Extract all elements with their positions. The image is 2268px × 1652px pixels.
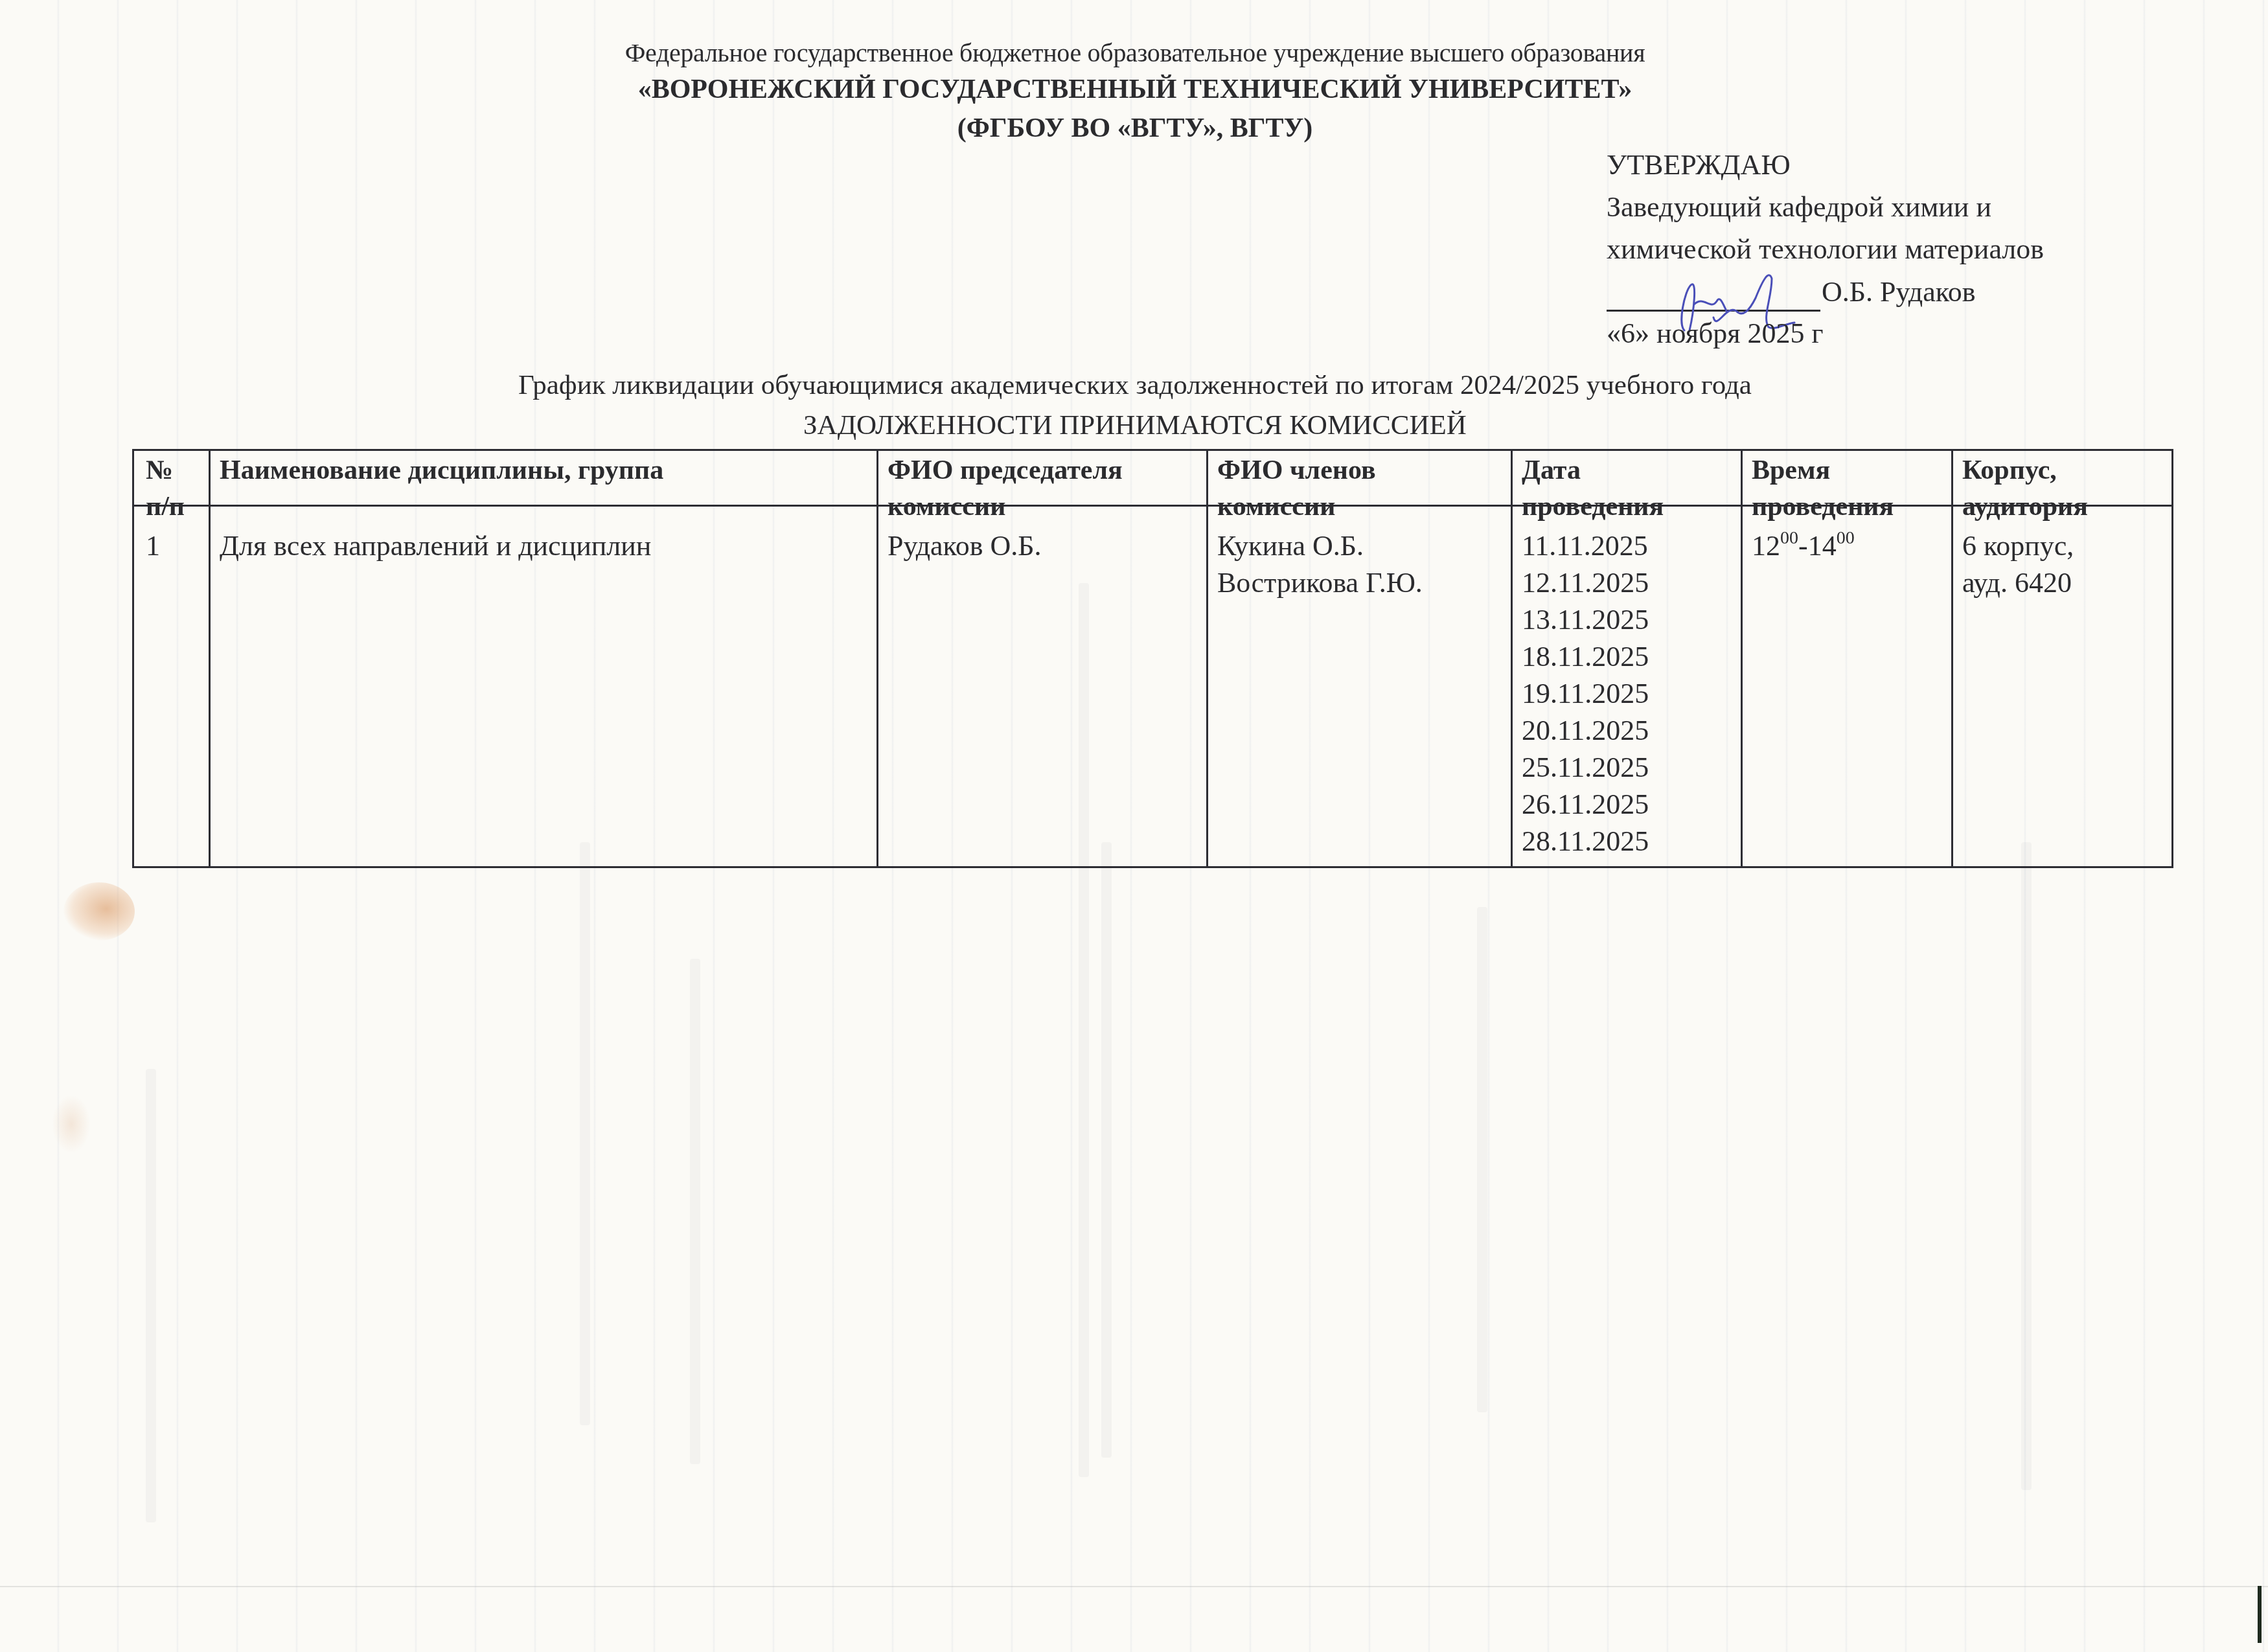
approval-signatory: О.Б. Рудаков	[1822, 271, 1976, 313]
date-item: 18.11.2025	[1522, 638, 1649, 675]
column-header-line: комиссии	[888, 488, 1123, 525]
column-header-discipline: Наименование дисциплины, группа	[220, 452, 663, 488]
schedule-table: № п/п Наименование дисциплины, группа ФИ…	[132, 449, 2173, 868]
bleed-through-mark	[2021, 842, 2032, 1490]
date-item: 20.11.2025	[1522, 712, 1649, 749]
column-divider	[1951, 451, 1953, 866]
column-header-line: Наименование дисциплины, группа	[220, 452, 663, 488]
location-room: ауд. 6420	[1962, 564, 2074, 601]
approval-position-line1: Заведующий кафедрой химии и	[1607, 186, 1991, 228]
scan-edge-strip	[2258, 1586, 2262, 1643]
column-divider	[1511, 451, 1513, 866]
column-header-line: п/п	[146, 488, 185, 525]
document-title: График ликвидации обучающимися академиче…	[518, 369, 1752, 401]
university-name: «ВОРОНЕЖСКИЙ ГОСУДАРСТВЕННЫЙ ТЕХНИЧЕСКИЙ…	[638, 74, 1632, 105]
location-building: 6 корпус,	[1962, 527, 2074, 564]
row-time: 1200-1400	[1752, 527, 1855, 568]
column-header-date: Дата проведения	[1522, 452, 1664, 525]
date-item: 28.11.2025	[1522, 823, 1649, 860]
member-name: Кукина О.Б.	[1217, 527, 1423, 564]
column-header-location: Корпус, аудитория	[1962, 452, 2088, 525]
time-start-hour: 12	[1752, 530, 1780, 562]
row-location: 6 корпус, ауд. 6420	[1962, 527, 2074, 601]
column-header-line: проведения	[1752, 488, 1894, 525]
scan-edge-line	[0, 1586, 2268, 1587]
date-item: 19.11.2025	[1522, 675, 1649, 712]
column-header-line: комиссии	[1217, 488, 1376, 525]
column-header-line: №	[146, 452, 185, 488]
row-members: Кукина О.Б. Вострикова Г.Ю.	[1217, 527, 1423, 601]
row-number: 1	[146, 527, 160, 564]
column-header-members: ФИО членов комиссии	[1217, 452, 1376, 525]
column-header-number: № п/п	[146, 452, 185, 525]
member-name: Вострикова Г.Ю.	[1217, 564, 1423, 601]
column-divider	[1206, 451, 1208, 866]
bleed-through-mark	[1101, 842, 1112, 1458]
approval-date: «6» ноября 2025 г	[1607, 312, 1824, 354]
bleed-through-mark	[1477, 907, 1487, 1412]
bleed-through-mark	[690, 959, 700, 1464]
date-item: 13.11.2025	[1522, 601, 1649, 638]
column-header-line: аудитория	[1962, 488, 2088, 525]
time-end-minutes: 00	[1837, 528, 1855, 548]
organization-line: Федеральное государственное бюджетное об…	[625, 38, 1645, 68]
column-header-line: ФИО членов	[1217, 452, 1376, 488]
column-header-line: Дата	[1522, 452, 1664, 488]
column-header-chair: ФИО председателя комиссии	[888, 452, 1123, 525]
column-header-line: проведения	[1522, 488, 1664, 525]
approval-position-line2: химической технологии материалов	[1607, 228, 2044, 270]
paper-stain	[63, 882, 135, 941]
bleed-through-mark	[580, 842, 590, 1425]
time-separator: -	[1798, 530, 1808, 562]
date-item: 26.11.2025	[1522, 786, 1649, 823]
date-item: 12.11.2025	[1522, 564, 1649, 601]
row-chair: Рудаков О.Б.	[888, 527, 1042, 564]
approval-heading: УТВЕРЖДАЮ	[1607, 144, 1791, 186]
column-header-line: ФИО председателя	[888, 452, 1123, 488]
time-start-minutes: 00	[1780, 528, 1798, 548]
column-divider	[209, 451, 211, 866]
bleed-through-mark	[146, 1069, 156, 1522]
row-discipline: Для всех направлений и дисциплин	[220, 527, 651, 564]
university-abbreviation: (ФГБОУ ВО «ВГТУ», ВГТУ)	[957, 113, 1313, 144]
column-header-time: Время проведения	[1752, 452, 1894, 525]
column-divider	[876, 451, 878, 866]
document-subtitle: ЗАДОЛЖЕННОСТИ ПРИНИМАЮТСЯ КОМИССИЕЙ	[803, 409, 1467, 441]
date-item: 25.11.2025	[1522, 749, 1649, 786]
paper-stain	[52, 1095, 91, 1153]
column-header-line: Время	[1752, 452, 1894, 488]
column-divider	[1741, 451, 1743, 866]
row-dates: 11.11.2025 12.11.2025 13.11.2025 18.11.2…	[1522, 527, 1649, 860]
date-item: 11.11.2025	[1522, 527, 1649, 564]
column-header-line: Корпус,	[1962, 452, 2088, 488]
time-end-hour: 14	[1808, 530, 1837, 562]
